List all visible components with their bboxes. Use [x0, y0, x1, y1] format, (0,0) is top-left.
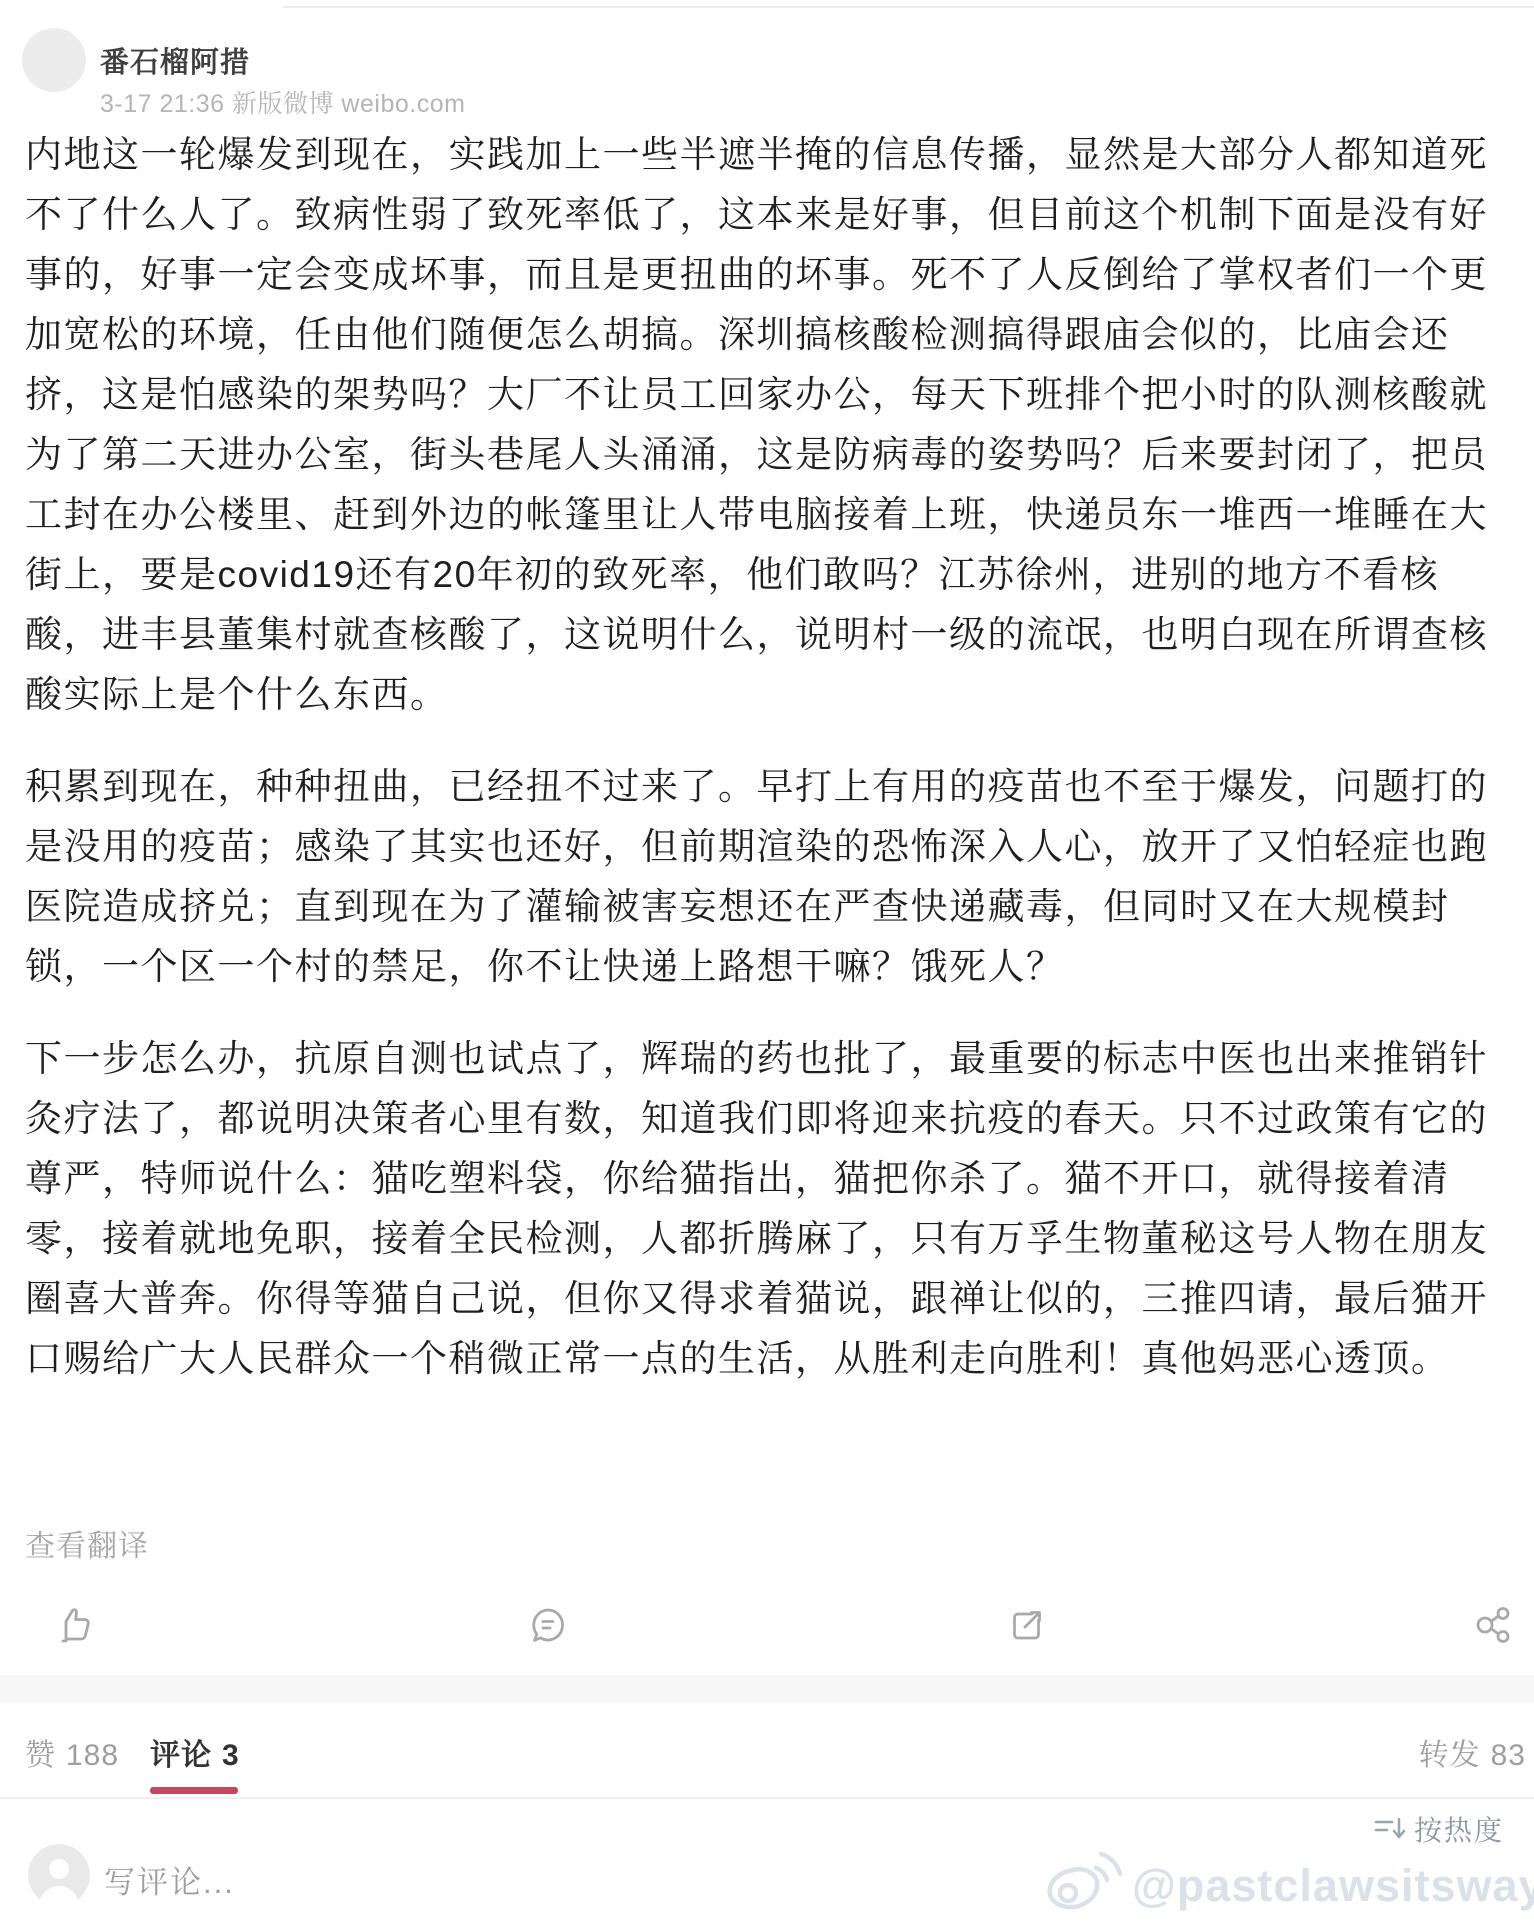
view-translation-link[interactable]: 查看翻译 — [25, 1521, 149, 1565]
likes-count: 188 — [66, 1739, 119, 1772]
section-separator — [0, 1675, 1534, 1702]
stats-tab-bar: 赞188 评论3 转发83 — [0, 1702, 1534, 1797]
author-username[interactable]: 番石榴阿措 — [100, 40, 250, 81]
watermark-handle: @pastclawsitswayout — [1132, 1860, 1534, 1912]
tab-likes[interactable]: 赞188 — [25, 1730, 119, 1774]
active-tab-underline — [150, 1787, 238, 1794]
stats-divider — [0, 1797, 1534, 1799]
post-paragraph: 积累到现在，种种扭曲，已经扭不过来了。早打上有用的疫苗也不至于爆发，问题打的是没… — [25, 757, 1509, 997]
tab-comments-active[interactable]: 评论3 — [150, 1730, 240, 1774]
author-avatar[interactable] — [22, 28, 86, 92]
comment-sort-control[interactable]: 按热度 — [1374, 1812, 1504, 1846]
weibo-logo-icon — [1040, 1848, 1126, 1924]
comments-count: 3 — [222, 1739, 240, 1772]
sort-icon — [1374, 1816, 1406, 1842]
post-meta-timestamp: 3-17 21:36 新版微博 weibo.com — [100, 84, 465, 120]
comments-label: 评论 — [150, 1739, 212, 1772]
composer-avatar — [28, 1844, 90, 1906]
weibo-post-screen: 番石榴阿措 3-17 21:36 新版微博 weibo.com 内地这一轮爆发到… — [0, 0, 1534, 1929]
comment-input[interactable]: 写评论... — [104, 1857, 235, 1902]
reposts-label: 转发 — [1419, 1739, 1481, 1772]
comment-icon[interactable] — [527, 1604, 569, 1646]
post-paragraph: 内地这一轮爆发到现在，实践加上一些半遮半掩的信息传播，显然是大部分人都知道死不了… — [25, 125, 1509, 725]
post-body: 内地这一轮爆发到现在，实践加上一些半遮半掩的信息传播，显然是大部分人都知道死不了… — [25, 125, 1509, 1421]
watermark: @pastclawsitswayout — [1040, 1848, 1534, 1924]
share-nodes-icon[interactable] — [1472, 1604, 1514, 1646]
likes-label: 赞 — [25, 1739, 56, 1772]
post-paragraph: 下一步怎么办，抗原自测也试点了，辉瑞的药也批了，最重要的标志中医也出来推销针灸疗… — [25, 1029, 1509, 1389]
reposts-count: 83 — [1491, 1739, 1526, 1772]
tab-reposts[interactable]: 转发83 — [1419, 1730, 1526, 1774]
share-icon[interactable] — [1006, 1604, 1048, 1646]
top-divider — [283, 6, 1534, 8]
sort-label: 按热度 — [1414, 1809, 1504, 1849]
action-bar — [0, 1598, 1534, 1654]
like-icon[interactable] — [54, 1604, 96, 1646]
